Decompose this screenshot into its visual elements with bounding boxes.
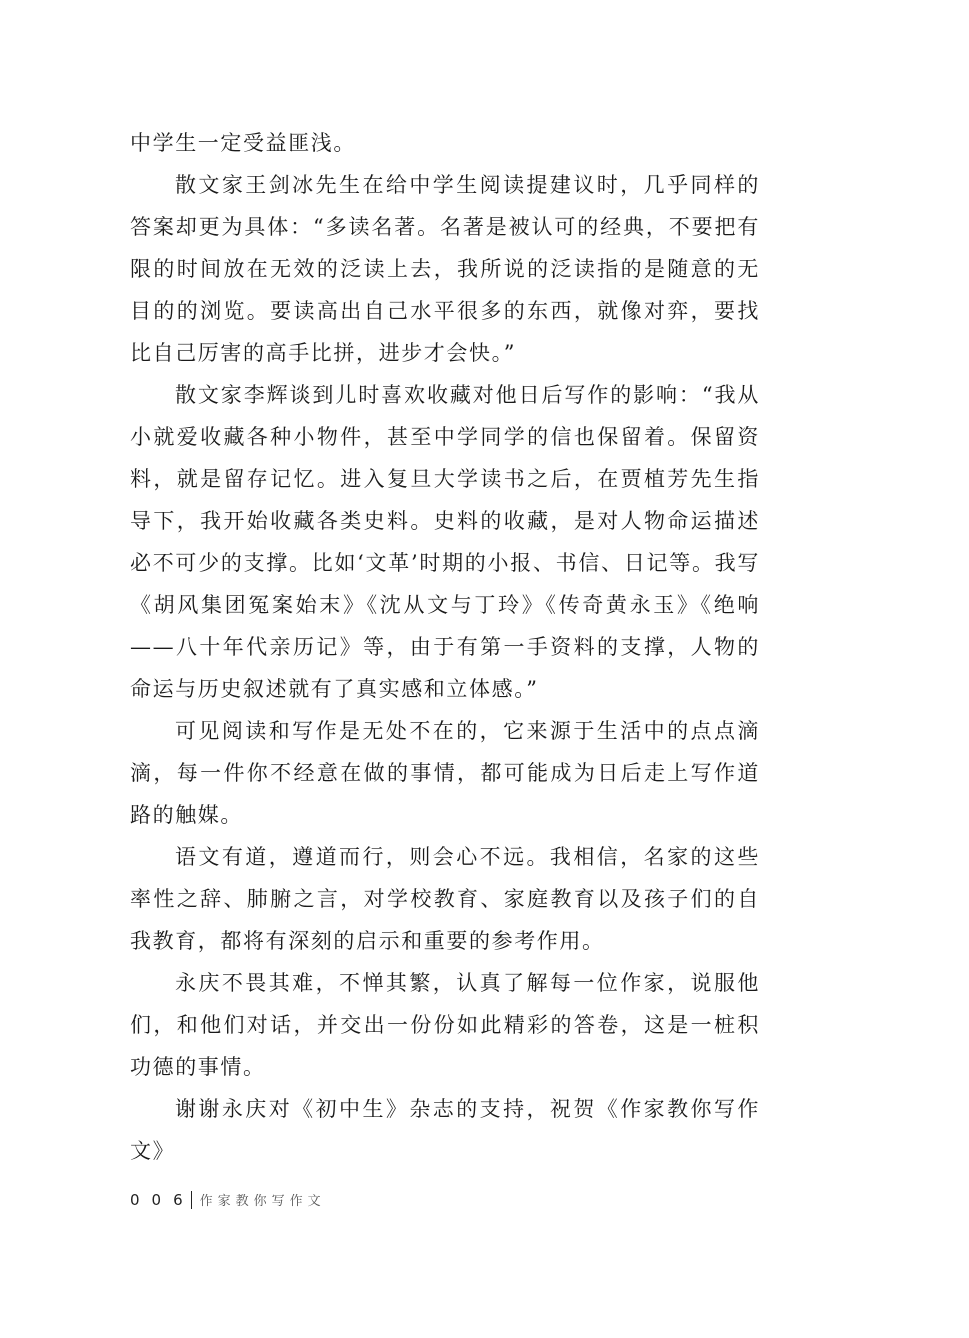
paragraph-yongqing-effort: 永庆不畏其难，不惮其繁，认真了解每一位作家，说服他们，和他们对话，并交出一份份如… [130,962,760,1088]
paragraph-continuation: 中学生一定受益匪浅。 [130,122,760,164]
paragraph-reading-writing: 可见阅读和写作是无处不在的，它来源于生活中的点点滴滴，每一件你不经意在做的事情，… [130,710,760,836]
paragraph-thanks: 谢谢永庆对《初中生》杂志的支持，祝贺《作家教你写作文》 [130,1088,760,1172]
paragraph-li-hui-quote: 散文家李辉谈到儿时喜欢收藏对他日后写作的影响：“我从小就爱收藏各种小物件，甚至中… [130,374,760,710]
page-footer: 006 作家教你写作文 [130,1190,326,1209]
paragraph-language-way: 语文有道，遵道而行，则会心不远。我相信，名家的这些率性之辞、肺腑之言，对学校教育… [130,836,760,962]
document-body: 中学生一定受益匪浅。 散文家王剑冰先生在给中学生阅读提建议时，几乎同样的答案却更… [130,122,760,1172]
page-number: 006 [130,1191,195,1209]
paragraph-wang-jianbing-quote: 散文家王剑冰先生在给中学生阅读提建议时，几乎同样的答案却更为具体：“多读名著。名… [130,164,760,374]
running-title: 作家教你写作文 [200,1190,326,1209]
footer-divider [191,1191,192,1209]
